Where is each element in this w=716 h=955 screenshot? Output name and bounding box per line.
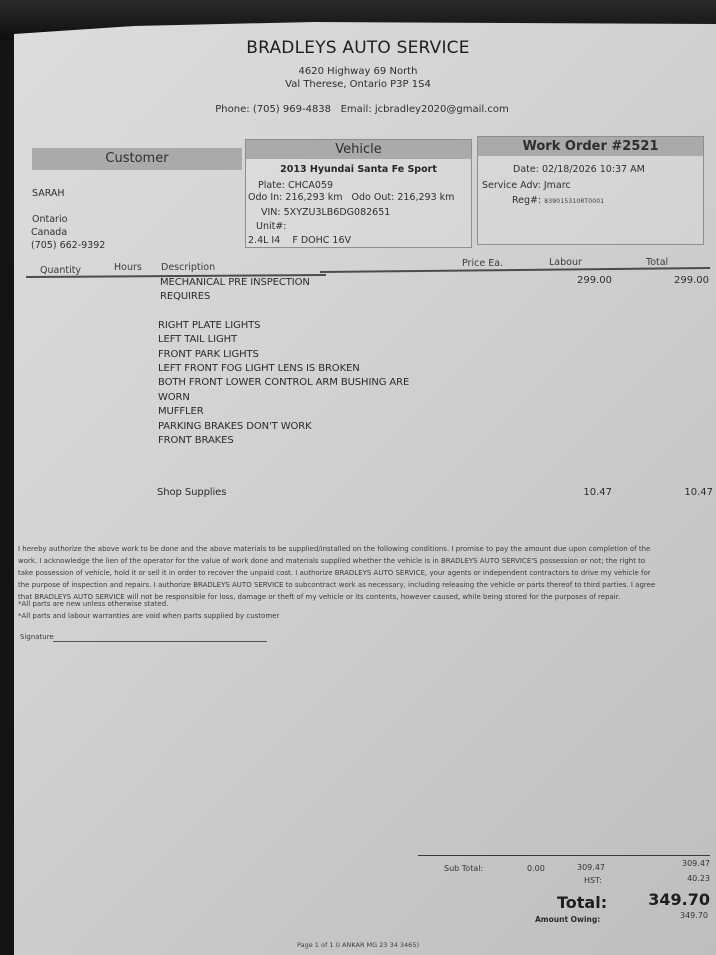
customer-heading: Customer (32, 148, 242, 170)
amount-owing-value: 349.70 (660, 911, 708, 920)
terms-line: I hereby authorize the above work to be … (18, 543, 708, 555)
total-value: 349.70 (630, 890, 710, 909)
work-order-date-row: Date: 02/18/2026 10:37 AM (513, 164, 645, 175)
amount-owing-label: Amount Owing: (535, 915, 600, 924)
registration-number: 839015310RT0001 (544, 198, 604, 205)
hst-label: HST: (584, 876, 602, 885)
vehicle-unit-row: Unit#: (256, 221, 287, 232)
line-item-description: LEFT TAIL LIGHT (158, 334, 237, 345)
work-order-date: 02/18/2026 10:37 AM (542, 164, 645, 175)
plate-label: Plate: (258, 180, 285, 191)
service-advisor-row: Service Adv: Jmarc (482, 180, 571, 191)
date-label: Date: (513, 164, 539, 175)
company-email: jcbradley2020@gmail.com (375, 104, 509, 115)
vehicle-odo-out: 216,293 km (397, 192, 454, 203)
company-contact: Phone: (705) 969-4838 Email: jcbradley20… (0, 104, 716, 115)
line-item-labour: 299.00 (560, 275, 612, 286)
column-description: Description (161, 262, 215, 273)
advisor-label: Service Adv: (482, 180, 541, 191)
line-item-description: MUFFLER (158, 406, 204, 417)
total-label: Total: (557, 893, 607, 912)
hst-value: 40.23 (660, 874, 710, 883)
column-labour: Labour (549, 257, 582, 268)
line-item-description: MECHANICAL PRE INSPECTION (160, 277, 310, 288)
subtotal-parts: 0.00 (527, 864, 545, 873)
shop-supplies-total: 10.47 (660, 487, 713, 498)
odo-in-label: Odo In: (248, 192, 282, 203)
vehicle-description: 2013 Hyundai Santa Fe Sport (245, 164, 472, 175)
authorization-terms: I hereby authorize the above work to be … (18, 543, 708, 603)
terms-line: the purpose of inspection and repairs. I… (18, 579, 708, 591)
vehicle-odometer-row: Odo In: 216,293 km Odo Out: 216,293 km (248, 192, 454, 203)
totals-rule (418, 855, 710, 856)
line-item-description: FRONT BRAKES (158, 435, 234, 446)
customer-phone: (705) 662-9392 (31, 240, 105, 251)
line-item-total: 299.00 (655, 275, 709, 286)
signature-line (53, 641, 267, 642)
page-footer: Page 1 of 1 (I ANKAR MG 23 34 3465) (0, 941, 716, 949)
customer-name: SARAH (32, 188, 65, 199)
subtotal-labour: 309.47 (577, 863, 605, 872)
line-item-description: BOTH FRONT LOWER CONTROL ARM BUSHING ARE (158, 377, 409, 388)
vehicle-plate-row: Plate: CHCA059 (258, 180, 333, 191)
warranty-note: *All parts and labour warranties are voi… (18, 612, 279, 620)
terms-line: take possession of vehicle, hold it or s… (18, 567, 708, 579)
reg-label: Reg#: (512, 195, 541, 206)
line-item-description: WORN (158, 392, 190, 403)
line-item-description: PARKING BRAKES DON'T WORK (158, 421, 312, 432)
customer-country: Canada (31, 227, 67, 238)
registration-row: Reg#: 839015310RT0001 (512, 195, 604, 206)
subtotal-label: Sub Total: (444, 864, 483, 873)
parts-note: *All parts are new unless otherwise stat… (18, 600, 168, 608)
vehicle-vin-row: VIN: 5XYZU3LB6DG082651 (261, 207, 390, 218)
terms-line: work. I acknowledge the lien of the oper… (18, 555, 708, 567)
shop-supplies-description: Shop Supplies (157, 487, 226, 498)
unit-label: Unit#: (256, 221, 287, 232)
service-advisor: Jmarc (544, 180, 571, 191)
signature-label: Signature (20, 633, 54, 641)
shop-supplies-labour: 10.47 (560, 487, 612, 498)
vehicle-vin: 5XYZU3LB6DG082651 (284, 207, 391, 218)
line-item-description: REQUIRES (160, 291, 210, 302)
company-address-line1: 4620 Highway 69 North (0, 66, 716, 77)
column-quantity: Quantity (40, 265, 81, 276)
company-phone: (705) 969-4838 (253, 104, 331, 115)
vehicle-engine: 2.4L I4 F DOHC 16V (248, 235, 351, 246)
subtotal-value: 309.47 (660, 859, 710, 868)
email-label: Email: (341, 104, 372, 115)
vehicle-heading: Vehicle (246, 140, 471, 159)
vehicle-odo-in: 216,293 km (285, 192, 342, 203)
column-hours: Hours (114, 262, 142, 273)
work-order-heading: Work Order #2521 (478, 137, 703, 156)
company-name: BRADLEYS AUTO SERVICE (0, 38, 716, 58)
customer-province: Ontario (32, 214, 67, 225)
vin-label: VIN: (261, 207, 281, 218)
column-price-each: Price Ea. (462, 258, 503, 269)
line-item-description: FRONT PARK LIGHTS (158, 349, 259, 360)
line-item-description: RIGHT PLATE LIGHTS (158, 320, 260, 331)
vehicle-plate: CHCA059 (288, 180, 333, 191)
column-total: Total (646, 257, 668, 268)
odo-out-label: Odo Out: (352, 192, 395, 203)
phone-label: Phone: (215, 104, 249, 115)
company-address-line2: Val Therese, Ontario P3P 1S4 (0, 79, 716, 90)
line-item-description: LEFT FRONT FOG LIGHT LENS IS BROKEN (158, 363, 360, 374)
